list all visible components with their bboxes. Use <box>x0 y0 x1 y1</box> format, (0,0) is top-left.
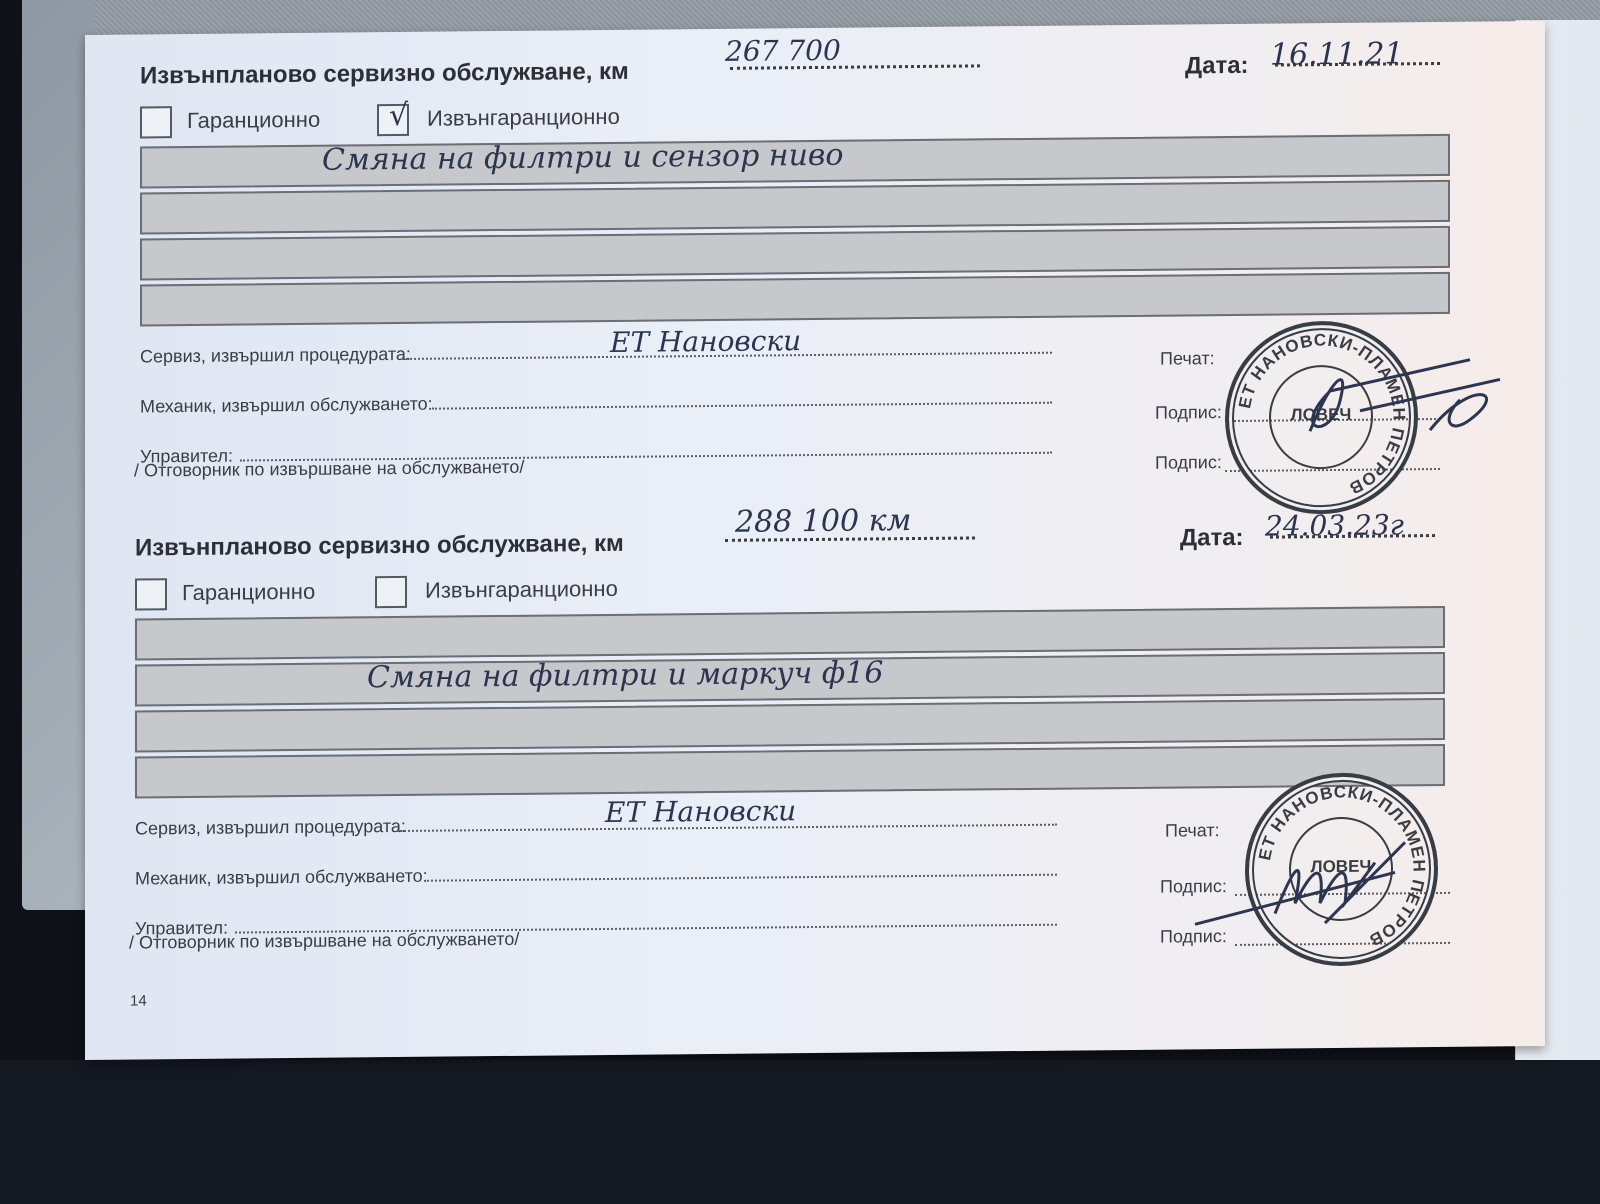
warranty-checkbox[interactable] <box>140 106 172 138</box>
description-line-3[interactable] <box>140 226 1450 281</box>
service-label: Сервиз, извършил процедурата: <box>135 816 406 840</box>
signature-label-1: Подпис: <box>1155 402 1222 424</box>
non-warranty-label: Извънгаранционно <box>425 576 618 604</box>
signature-scribble <box>1270 339 1510 451</box>
warranty-label: Гаранционно <box>182 579 315 606</box>
service-entry-1: Извънпланово сервизно обслужване, км 267… <box>140 50 1450 489</box>
description-line-2[interactable]: Смяна на филтри и маркуч ф16 <box>135 652 1445 707</box>
service-label: Сервиз, извършил процедурата: <box>140 344 411 368</box>
description-line-2[interactable] <box>140 180 1450 235</box>
description-line-4[interactable] <box>140 272 1450 327</box>
mechanic-label: Механик, извършил обслужването: <box>135 866 428 890</box>
entry-title: Извънпланово сервизно обслужване, км <box>140 58 629 91</box>
non-warranty-checkbox[interactable] <box>375 576 407 608</box>
check-mark-icon: √ <box>389 98 408 133</box>
mechanic-field-line[interactable] <box>427 874 1057 882</box>
responsible-note: / Отговорник по извършване на обслужване… <box>129 929 519 954</box>
mechanic-label: Механик, извършил обслужването: <box>140 394 433 418</box>
background-surface <box>0 1060 1600 1204</box>
signature-label-2: Подпис: <box>1155 452 1222 474</box>
description-line-1[interactable]: Смяна на филтри и сензор ниво <box>140 134 1450 189</box>
description-lines: Смяна на филтри и маркуч ф16 <box>135 606 1445 799</box>
date-label: Дата: <box>1185 52 1249 81</box>
description-line-1[interactable] <box>135 606 1445 661</box>
entry-title: Извънпланово сервизно обслужване, км <box>135 530 624 563</box>
non-warranty-label: Извънгаранционно <box>427 104 620 132</box>
km-value[interactable]: 267 700 <box>725 34 841 68</box>
description-lines: Смяна на филтри и сензор ниво <box>140 134 1450 327</box>
date-value[interactable]: 16.11.21 <box>1270 36 1404 72</box>
service-value[interactable]: ЕТ Нановски <box>610 324 801 359</box>
stamp-label: Печат: <box>1160 348 1215 370</box>
warranty-label: Гаранционно <box>187 107 320 134</box>
signature-scribble <box>1175 822 1435 934</box>
date-label: Дата: <box>1180 524 1244 553</box>
service-entry-2: Извънпланово сервизно обслужване, км 288… <box>135 522 1445 961</box>
page-number: 14 <box>130 992 147 1009</box>
km-value[interactable]: 288 100 км <box>735 503 911 540</box>
responsible-note: / Отговорник по извършване на обслужване… <box>134 457 524 482</box>
service-value[interactable]: ЕТ Нановски <box>605 794 796 829</box>
service-booklet-page: Извънпланово сервизно обслужване, км 267… <box>85 21 1545 1060</box>
non-warranty-checkbox[interactable]: √ <box>377 104 409 136</box>
mechanic-field-line[interactable] <box>432 402 1052 410</box>
date-value[interactable]: 24.03.23г <box>1265 508 1404 542</box>
warranty-checkbox[interactable] <box>135 578 167 610</box>
description-line-3[interactable] <box>135 698 1445 753</box>
